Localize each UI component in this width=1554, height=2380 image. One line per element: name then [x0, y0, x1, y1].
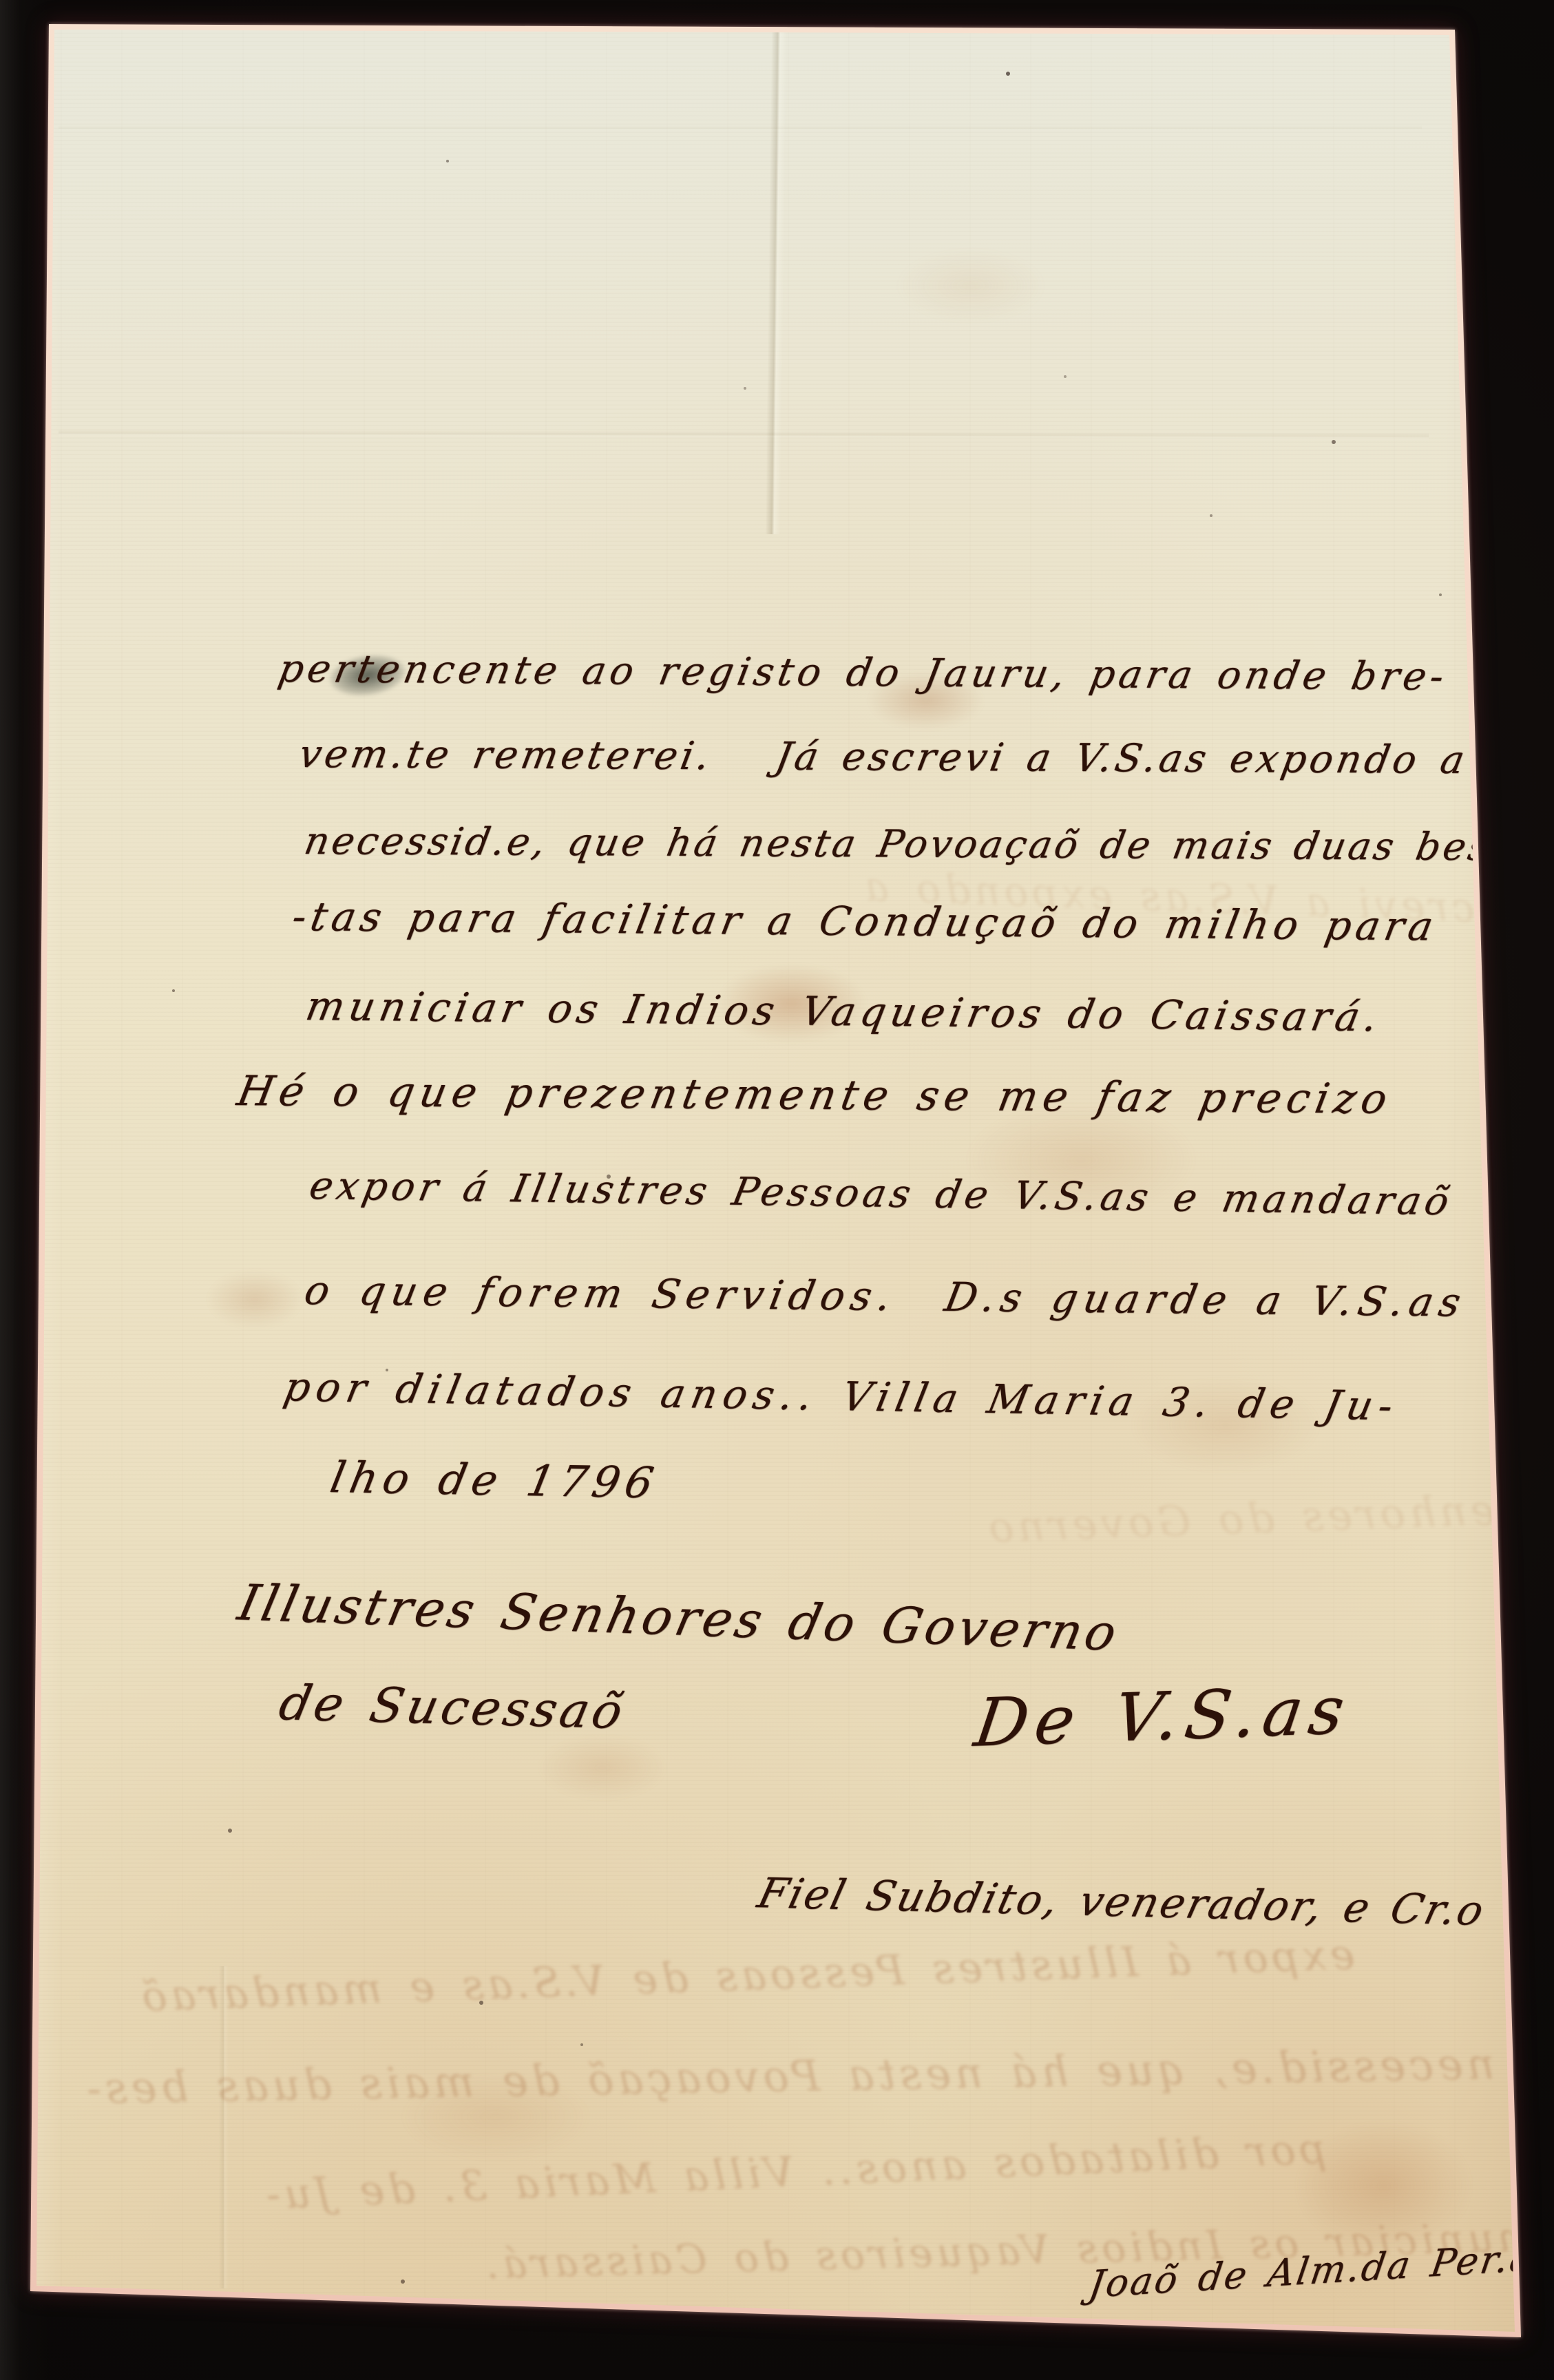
signature: Joaõ de Alm.da Per.a: [1086, 2239, 1537, 2304]
bleed-through-text: por dilatados anos.. Villa Maria 3. de J…: [261, 2128, 1327, 2215]
ink-stain: [399, 2072, 592, 2162]
manuscript-line-7: expor á Illustres Pessoas de V.S.as e ma…: [306, 1167, 1456, 1221]
bleed-through-text: necessid.e, que há nesta Povoaçaõ de mai…: [83, 2043, 1495, 2110]
closing-fiel-subdito: Fiel Subdito, venerador, e Cr.o: [754, 1873, 1489, 1931]
address-line-sucessao: de Sucessaõ: [275, 1678, 630, 1736]
manuscript-line-6: Hé o que prezentemente se me faz precizo: [234, 1071, 1396, 1120]
manuscript-line-2: vem.te remeterei. Já escrevi a V.S.as ex…: [296, 735, 1471, 780]
fold-crease-vertical-top: [766, 32, 787, 534]
paper-sheet-wrap: expor á Illustres Pessoas de V.S.as e ma…: [0, 0, 1554, 2380]
address-line-governo: Illustres Senhores do Governo: [234, 1577, 1124, 1657]
ink-stain: [207, 1270, 303, 1329]
ink-stain: [895, 248, 1047, 324]
manuscript-line-10-year: lho de 1796: [327, 1456, 662, 1504]
bleed-through-text: Illustres Senhores do Governo: [984, 1480, 1554, 1548]
manuscript-line-5: municiar os Indios Vaqueiros do Caissará…: [303, 986, 1385, 1037]
ink-stain: [1294, 2120, 1473, 2251]
photograph-background: expor á Illustres Pessoas de V.S.as e ma…: [0, 0, 1554, 2380]
fold-crease-horizontal-top: [59, 125, 1422, 132]
manuscript-page: expor á Illustres Pessoas de V.S.as e ma…: [0, 0, 1554, 2380]
fold-crease-vertical-bottom: [219, 1966, 229, 2288]
manuscript-line-3: necessid.e, que há nesta Povoaçaõ de mai…: [302, 822, 1510, 866]
closing-de-vsas: De V.S.as: [971, 1676, 1355, 1756]
manuscript-line-1: pertencente ao registo do Jauru, para on…: [275, 650, 1451, 697]
paper-specks: [0, 0, 3, 3]
manuscript-line-8: o que forem Servidos. D.s guarde a V.S.a…: [302, 1270, 1470, 1323]
fold-crease-horizontal: [59, 429, 1429, 441]
manuscript-line-4: -tas para facilitar a Conduçaõ do milho …: [289, 896, 1441, 946]
bleed-through-text: expor á Illustres Pessoas de V.S.as e ma…: [137, 1934, 1355, 2018]
ink-stain: [537, 1735, 668, 1800]
manuscript-line-9-dateline: por dilatados anos.. Villa Maria 3. de J…: [281, 1367, 1403, 1426]
